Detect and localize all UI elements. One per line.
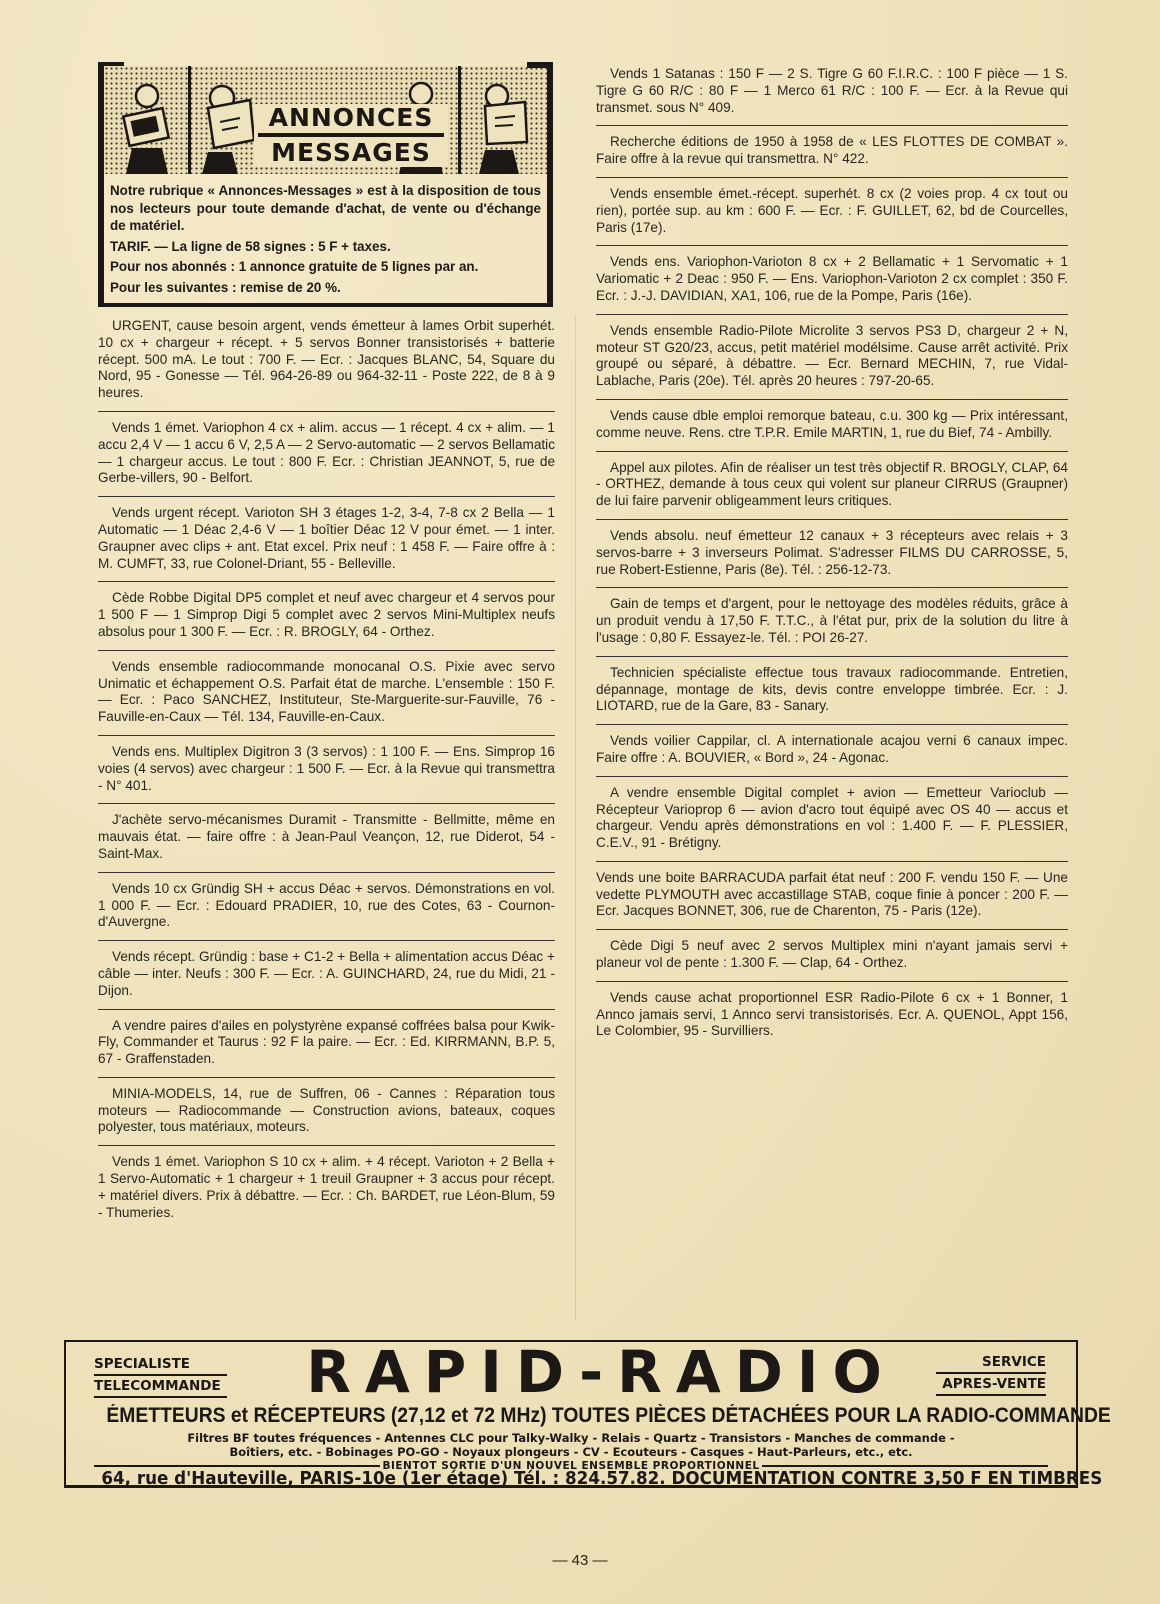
banner-divider <box>458 66 461 174</box>
rule-line <box>94 1465 380 1467</box>
left-column-ads: URGENT, cause besoin argent, vends émett… <box>98 310 555 1230</box>
classified-ad: Vends ens. Multiplex Digitron 3 (3 servo… <box>98 736 555 804</box>
discount-line: Pour les suivantes : remise de 20 %. <box>110 279 541 297</box>
title-annonces: ANNONCES <box>258 104 444 132</box>
classified-ad: Vends absolu. neuf émetteur 12 canaux + … <box>596 520 1068 588</box>
column-divider <box>575 315 576 1320</box>
service-line: SERVICE <box>936 1352 1046 1374</box>
classified-ad: A vendre paires d'ailes en polystyrène e… <box>98 1010 555 1078</box>
classified-ad: Gain de temps et d'argent, pour le netto… <box>596 588 1068 656</box>
rubric-intro: Notre rubrique « Annonces-Messages » est… <box>110 182 541 235</box>
title-messages: MESSAGES <box>258 139 444 167</box>
right-column-ads: Vends 1 Satanas : 150 F — 2 S. Tigre G 6… <box>596 58 1068 1049</box>
classified-ad: Vends 1 émet. Variophon 4 cx + alim. acc… <box>98 412 555 497</box>
classified-ad: Appel aux pilotes. Afin de réaliser un t… <box>596 452 1068 520</box>
rule-line <box>762 1465 1048 1467</box>
classified-ad: J'achète servo-mécanismes Duramit - Tran… <box>98 804 555 872</box>
classified-ad: Recherche éditions de 1950 à 1958 de « L… <box>596 126 1068 178</box>
telecommande-line: TELECOMMANDE <box>94 1376 227 1398</box>
classified-ad: A vendre ensemble Digital complet + avio… <box>596 777 1068 862</box>
classified-ad: Vends 10 cx Gründig SH + accus Déac + se… <box>98 873 555 941</box>
product-list-line: Filtres BF toutes fréquences - Antennes … <box>66 1431 1076 1445</box>
product-list-line: Boîtiers, etc. - Bobinages PO-GO - Noyau… <box>66 1445 1076 1459</box>
reader-figure-icon <box>467 78 537 174</box>
annonces-messages-header: ANNONCES MESSAGES Notre rubrique « Annon… <box>98 62 553 307</box>
ad-headline: ÉMETTEURS et RÉCEPTEURS (27,12 et 72 MHz… <box>106 1404 1035 1428</box>
classified-ad: Cède Robbe Digital DP5 complet et neuf a… <box>98 582 555 650</box>
reader-figure-icon <box>112 78 182 174</box>
classified-ad: Vends ensemble Radio-Pilote Microlite 3 … <box>596 315 1068 400</box>
tarif-line: TARIF. — La ligne de 58 signes : 5 F + t… <box>110 238 541 256</box>
classified-ad: Vends 1 Satanas : 150 F — 2 S. Tigre G 6… <box>596 58 1068 126</box>
classified-ad: Vends cause dble emploi remorque bateau,… <box>596 400 1068 452</box>
classified-ad: URGENT, cause besoin argent, vends émett… <box>98 310 555 412</box>
reader-figure-icon <box>192 78 262 174</box>
section-title: ANNONCES MESSAGES <box>254 104 448 167</box>
classified-ad: Technicien spécialiste effectue tous tra… <box>596 657 1068 725</box>
classified-ad: Vends ensemble émet.-récept. superhét. 8… <box>596 178 1068 246</box>
classified-ad: Vends urgent récept. Varioton SH 3 étage… <box>98 497 555 582</box>
product-list: Filtres BF toutes fréquences - Antennes … <box>66 1431 1076 1459</box>
brand-name: RAPID-RADIO <box>271 1338 931 1406</box>
rubric-info: Notre rubrique « Annonces-Messages » est… <box>110 182 541 296</box>
apres-vente-line: APRES-VENTE <box>936 1374 1046 1396</box>
classified-ad: Cède Digi 5 neuf avec 2 servos Multiplex… <box>596 930 1068 982</box>
subscriber-offer: Pour nos abonnés : 1 annonce gratuite de… <box>110 258 541 276</box>
classified-ad: Vends voilier Cappilar, cl. A internatio… <box>596 725 1068 777</box>
specialist-label: SPECIALISTE TELECOMMANDE <box>94 1354 227 1398</box>
after-sales-label: SERVICE APRES-VENTE <box>936 1352 1046 1396</box>
classified-ad: Vends une boite BARRACUDA parfait état n… <box>596 862 1068 930</box>
rapid-radio-advertisement: SPECIALISTE TELECOMMANDE RAPID-RADIO SER… <box>64 1340 1078 1488</box>
shop-address: 64, rue d'Hauteville, PARIS-10e (1er éta… <box>101 1468 1040 1489</box>
banner-divider <box>188 66 191 174</box>
title-rule <box>258 133 444 137</box>
classified-ad: Vends récept. Gründig : base + C1-2 + Be… <box>98 941 555 1009</box>
classified-ad: Vends ensemble radiocommande monocanal O… <box>98 651 555 736</box>
specialist-line: SPECIALISTE <box>94 1354 227 1376</box>
classified-ad: Vends cause achat proportionnel ESR Radi… <box>596 982 1068 1049</box>
classified-ad: Vends 1 émet. Variophon S 10 cx + alim. … <box>98 1146 555 1230</box>
page-number: — 43 — <box>0 1552 1160 1569</box>
classified-ad: Vends ens. Variophon-Varioton 8 cx + 2 B… <box>596 246 1068 314</box>
classified-ad: MINIA-MODELS, 14, rue de Suffren, 06 - C… <box>98 1078 555 1146</box>
header-banner-illustration: ANNONCES MESSAGES <box>104 66 547 174</box>
